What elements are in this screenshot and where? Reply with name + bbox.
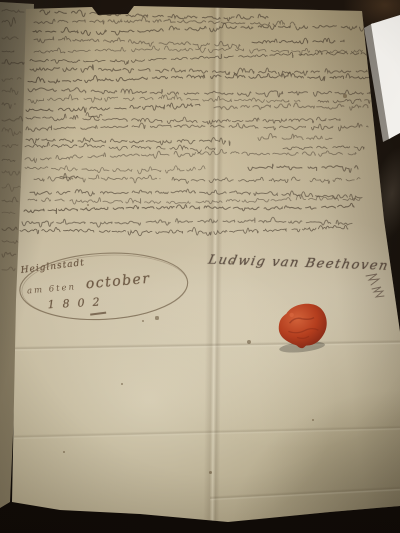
foxing-speck: [209, 471, 212, 474]
photograph-of-manuscript: Heiglnstadt am 6ten october 1802 Ludwig …: [0, 0, 400, 533]
date-annotation: Heiglnstadt am 6ten october 1802: [12, 243, 208, 339]
signature-flourish: [360, 272, 388, 308]
wax-seal: [269, 297, 332, 357]
manuscript-page: Heiglnstadt am 6ten october 1802 Ludwig …: [0, 0, 400, 533]
foxing-speck: [155, 316, 158, 319]
foxing-speck: [343, 94, 347, 98]
